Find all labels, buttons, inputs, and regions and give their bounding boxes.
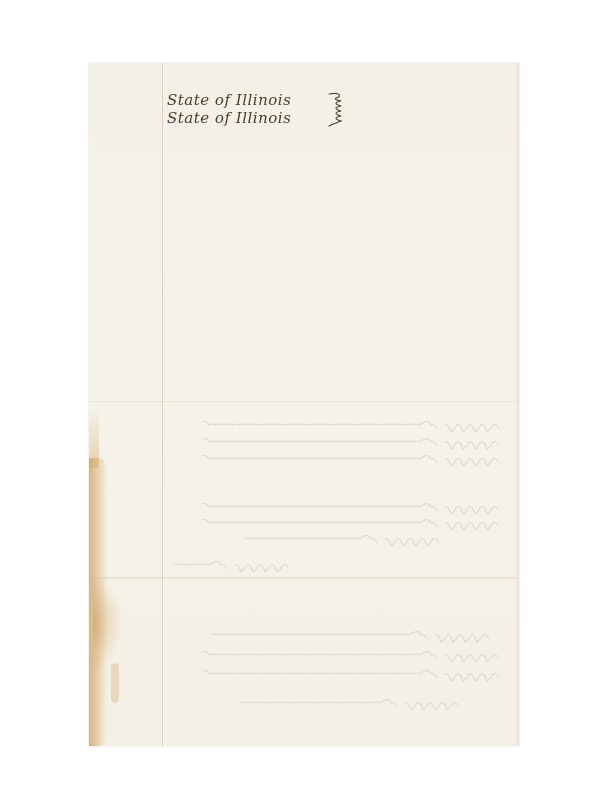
document-sheet: State of Illinois State of Illinois: [89, 63, 519, 746]
bleed-through-line: [199, 438, 499, 456]
water-stain-drip: [111, 663, 119, 703]
bleed-through-line: [199, 651, 499, 669]
page-background: State of Illinois State of Illinois: [0, 0, 600, 800]
paper-edge: [515, 63, 519, 746]
water-stain-blot: [93, 578, 121, 668]
flourish-brace-icon: [327, 91, 349, 129]
bleed-through-line: [209, 631, 489, 649]
document-heading: State of Illinois State of Illinois: [167, 91, 291, 127]
fold-crease: [89, 577, 519, 579]
bleed-through-line: [199, 455, 499, 473]
fold-crease-upper: [89, 401, 519, 402]
margin-rule: [162, 63, 163, 746]
bleed-through-line: [169, 561, 289, 579]
heading-line-2: State of Illinois: [167, 109, 291, 127]
bleed-through-line: [199, 670, 499, 688]
bleed-through-signature: [239, 699, 459, 717]
heading-line-1: State of Illinois: [167, 91, 291, 109]
bleed-through-line: [199, 421, 499, 439]
bleed-through-line: [239, 535, 439, 553]
